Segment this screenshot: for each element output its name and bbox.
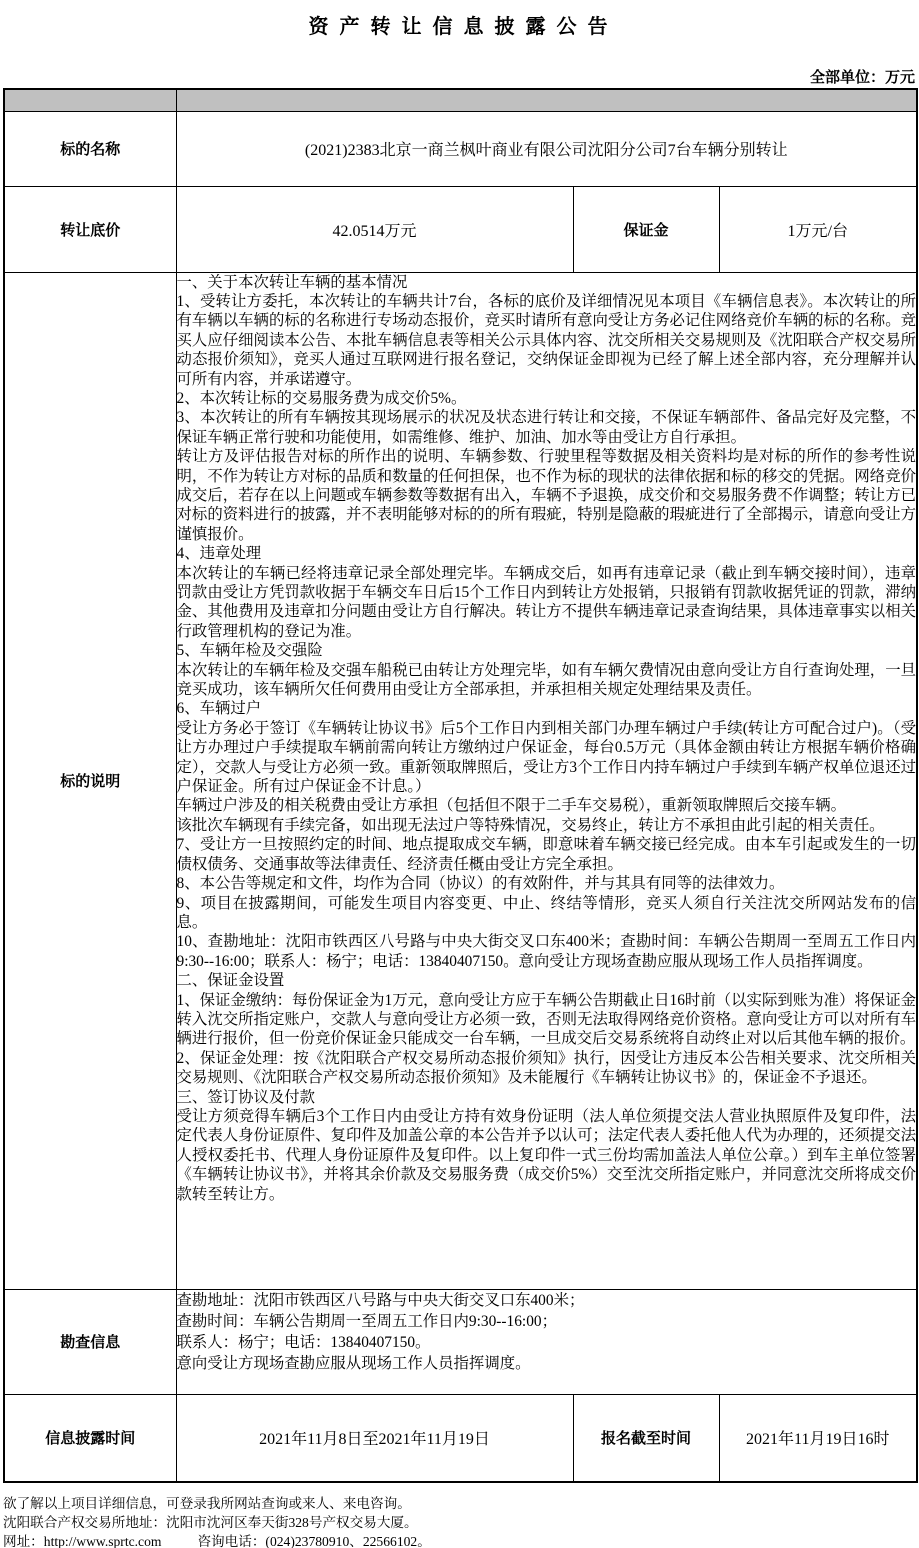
inspection-line: 意向受让方现场查勘应服从现场工作人员指挥调度。 — [177, 1353, 917, 1374]
description-paragraph: 本次转让的车辆年检及交强车船税已由转让方处理完毕，如有车辆欠费情况由意向受让方自… — [177, 661, 917, 700]
deposit-label: 保证金 — [573, 186, 719, 272]
deposit-value: 1万元/台 — [719, 186, 917, 272]
description-paragraph: 8、本公告等规定和文件，均作为合同（协议）的有效附件，并与其具有同等的法律效力。 — [177, 874, 917, 893]
base-price-label: 转让底价 — [4, 186, 176, 272]
description-paragraph: 车辆过户涉及的相关税费由受让方承担（包括但不限于二手车交易税），重新领取牌照后交… — [177, 796, 917, 815]
description-paragraph: 3、本次转让的所有车辆按其现场展示的状况及状态进行转让和交接，不保证车辆部件、备… — [177, 408, 917, 447]
description-paragraph: 1、受转让方委托，本次转让的车辆共计7台，各标的底价及详细情况见本项目《车辆信息… — [177, 292, 917, 389]
footer-consult-note: 欲了解以上项目详细信息，可登录我所网站查询或来人、来电咨询。 — [3, 1494, 919, 1513]
footer-website: 网址：http://www.sprtc.com — [3, 1534, 161, 1548]
description-paragraph: 受让方须竞得车辆后3个工作日内由受让方持有效身份证明（法人单位须提交法人营业执照… — [177, 1107, 917, 1204]
subject-description-row: 标的说明 一、关于本次转让车辆的基本情况 1、受转让方委托，本次转让的车辆共计7… — [4, 272, 917, 1289]
subject-name-label: 标的名称 — [4, 111, 176, 186]
description-paragraph: 三、签订协议及付款 — [177, 1088, 917, 1107]
description-paragraph: 1、保证金缴纳：每份保证金为1万元，意向受让方应于车辆公告期截止日16时前（以实… — [177, 991, 917, 1049]
inspection-line: 查勘时间：车辆公告期周一至周五工作日内9:30--16:00； — [177, 1311, 917, 1332]
description-paragraph: 一、关于本次转让车辆的基本情况 — [177, 273, 917, 292]
description-paragraph: 2、保证金处理：按《沈阳联合产权交易所动态报价须知》执行，因受让方违反本公告相关… — [177, 1049, 917, 1088]
announcement-page: 资 产 转 让 信 息 披 露 公 告 全部单位：万元 标的名称 (2021)2… — [0, 0, 919, 1548]
description-paragraph: 5、车辆年检及交强险 — [177, 641, 917, 660]
footer-phone: 咨询电话：(024)23780910、22566102。 — [197, 1534, 430, 1548]
inspection-line: 联系人：杨宁；电话：13840407150。 — [177, 1332, 917, 1353]
description-paragraph: 9、项目在披露期间，可能发生项目内容变更、中止、终结等情形，竞买人须自行关注沈交… — [177, 894, 917, 933]
description-paragraph: 转让方及评估报告对标的所作出的说明、车辆参数、行驶里程等数据及相关资料均是对标的… — [177, 447, 917, 544]
page-footer: 欲了解以上项目详细信息，可登录我所网站查询或来人、来电咨询。 沈阳联合产权交易所… — [3, 1494, 919, 1548]
header-cell-left — [4, 89, 176, 111]
page-title: 资 产 转 让 信 息 披 露 公 告 — [0, 0, 919, 39]
disclosure-period-value: 2021年11月8日至2021年11月19日 — [176, 1394, 573, 1482]
description-paragraph: 10、查勘地址：沈阳市铁西区八号路与中央大街交叉口东400米；查勘时间：车辆公告… — [177, 932, 917, 971]
subject-name-row: 标的名称 (2021)2383北京一商兰枫叶商业有限公司沈阳分公司7台车辆分别转… — [4, 111, 917, 186]
inspection-label: 勘查信息 — [4, 1289, 176, 1394]
description-paragraph: 7、受让方一旦按照约定的时间、地点提取成交车辆，即意味着车辆交接已经完成。由本车… — [177, 835, 917, 874]
description-paragraph: 2、本次转让标的交易服务费为成交价5%。 — [177, 389, 917, 408]
subject-name-value: (2021)2383北京一商兰枫叶商业有限公司沈阳分公司7台车辆分别转让 — [176, 111, 917, 186]
description-paragraph: 受让方务必于签订《车辆转让协议书》后5个工作日内到相关部门办理车辆过户手续(转让… — [177, 719, 917, 797]
header-cell-right — [176, 89, 917, 111]
announcement-table: 标的名称 (2021)2383北京一商兰枫叶商业有限公司沈阳分公司7台车辆分别转… — [3, 88, 918, 1483]
inspection-line: 查勘地址：沈阳市铁西区八号路与中央大街交叉口东400米； — [177, 1290, 917, 1311]
description-paragraph: 二、保证金设置 — [177, 971, 917, 990]
inspection-body: 查勘地址：沈阳市铁西区八号路与中央大街交叉口东400米； 查勘时间：车辆公告期周… — [176, 1289, 917, 1394]
disclosure-period-label: 信息披露时间 — [4, 1394, 176, 1482]
inspection-row: 勘查信息 查勘地址：沈阳市铁西区八号路与中央大街交叉口东400米； 查勘时间：车… — [4, 1289, 917, 1394]
price-deposit-row: 转让底价 42.0514万元 保证金 1万元/台 — [4, 186, 917, 272]
table-header-row — [4, 89, 917, 111]
subject-description-body: 一、关于本次转让车辆的基本情况 1、受转让方委托，本次转让的车辆共计7台，各标的… — [176, 272, 917, 1289]
disclosure-time-row: 信息披露时间 2021年11月8日至2021年11月19日 报名截至时间 202… — [4, 1394, 917, 1482]
unit-note: 全部单位：万元 — [0, 66, 915, 87]
subject-description-label: 标的说明 — [4, 272, 176, 1289]
description-paragraph: 6、车辆过户 — [177, 699, 917, 718]
description-paragraph: 该批次车辆现有手续完备，如出现无法过户等特殊情况，交易终止，转让方不承担由此引起… — [177, 816, 917, 835]
footer-contact-line: 网址：http://www.sprtc.com咨询电话：(024)2378091… — [3, 1532, 919, 1548]
description-paragraph: 4、违章处理 — [177, 544, 917, 563]
description-paragraph: 本次转让的车辆已经将违章记录全部处理完毕。车辆成交后，如再有违章记录（截止到车辆… — [177, 564, 917, 642]
footer-exchange-address: 沈阳联合产权交易所地址：沈阳市沈河区奉天街328号产权交易大厦。 — [3, 1513, 919, 1532]
registration-deadline-value: 2021年11月19日16时 — [719, 1394, 917, 1482]
registration-deadline-label: 报名截至时间 — [573, 1394, 719, 1482]
base-price-value: 42.0514万元 — [176, 186, 573, 272]
